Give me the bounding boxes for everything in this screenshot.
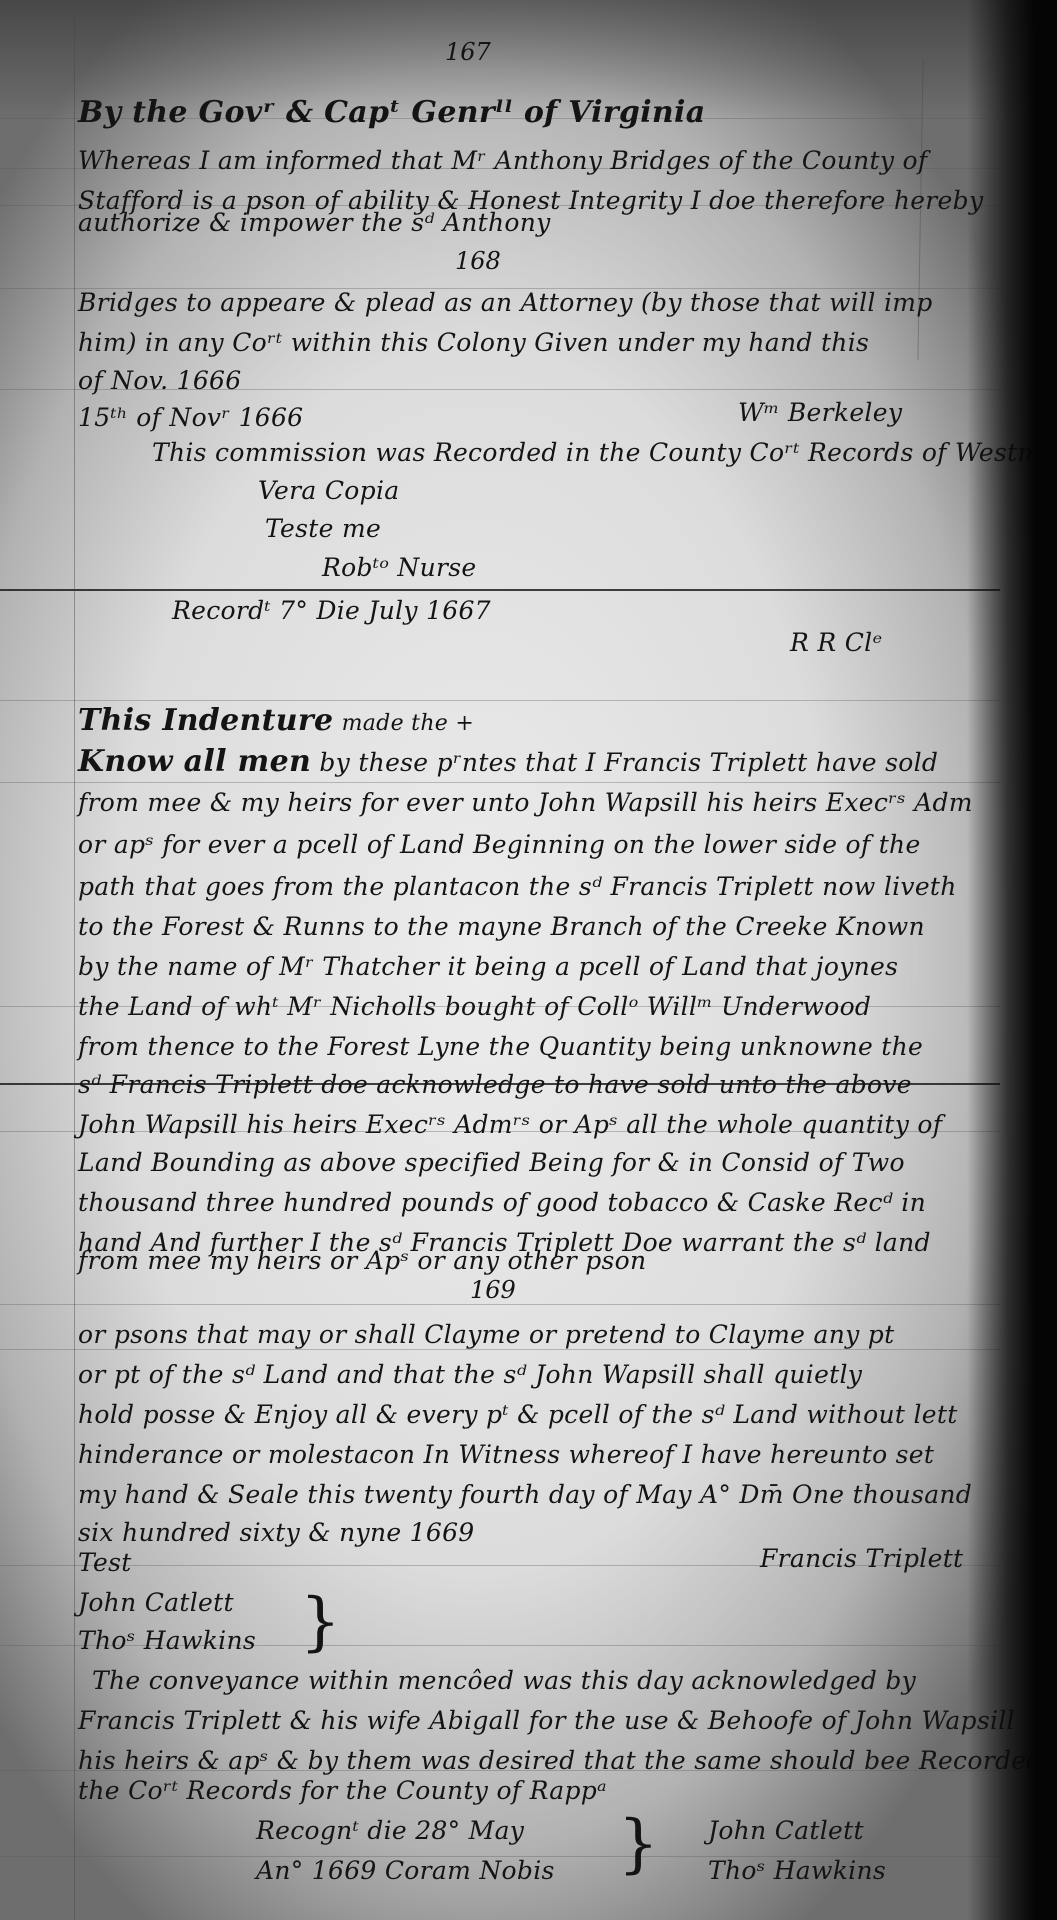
folio-number: 169 [470, 1276, 516, 1304]
indenture-text: by these pʳntes that I Francis Triplett … [319, 748, 938, 777]
commission-line: Bridges to appeare & plead as an Attorne… [78, 290, 933, 315]
manuscript-page: 167 By the Govʳ & Capᵗ Genrˡˡ of Virgini… [0, 0, 1057, 1920]
acknowledgment-line: The conveyance within mencôed was this d… [92, 1668, 916, 1693]
margin-line [74, 0, 75, 1920]
folio-number: 167 [445, 38, 491, 66]
indenture-line: from mee my heirs or Apˢ or any other ps… [78, 1248, 646, 1273]
indenture-heading-tail: made the + [342, 711, 475, 736]
governor-signature: Wᵐ Berkeley [738, 400, 902, 425]
indenture-line: hold posse & Enjoy all & every pᵗ & pcel… [78, 1402, 958, 1427]
commission-heading: By the Govʳ & Capᵗ Genrˡˡ of Virginia [78, 98, 705, 128]
acknowledgment-line: Francis Triplett & his wife Abigall for … [78, 1708, 1015, 1733]
brace-icon: } [300, 1590, 341, 1654]
clerk-initials: R R Clᵉ [790, 630, 882, 655]
grantor-signature: Francis Triplett [760, 1546, 963, 1571]
indenture-line: path that goes from the plantacon the sᵈ… [78, 874, 957, 899]
indenture-heading-row: This Indenture made the + [78, 706, 474, 736]
indenture-lead: Know all men [78, 744, 311, 779]
commission-date: of Nov. 1666 [78, 368, 241, 393]
witness-name: Thoˢ Hawkins [78, 1628, 256, 1653]
recognition-line: Recognᵗ die 28° May [256, 1818, 524, 1843]
indenture-line: sᵈ Francis Triplett doe acknowledge to h… [78, 1072, 912, 1097]
indenture-line: my hand & Seale this twenty fourth day o… [78, 1482, 972, 1507]
indenture-heading: This Indenture [78, 703, 333, 738]
commission-date: 15ᵗʰ of Novʳ 1666 [78, 405, 303, 430]
indenture-line: or pt of the sᵈ Land and that the sᵈ Joh… [78, 1362, 862, 1387]
ruled-line [0, 1304, 1000, 1305]
folio-number: 168 [455, 247, 501, 275]
ruled-line [0, 1349, 1000, 1350]
indenture-line: or psons that may or shall Clayme or pre… [78, 1322, 894, 1347]
recognition-line: An° 1669 Coram Nobis [256, 1858, 555, 1883]
acknowledgment-line: his heirs & apˢ & by them was desired th… [78, 1748, 1057, 1773]
indenture-line: six hundred sixty & nyne 1669 [78, 1520, 475, 1545]
ruled-line [0, 782, 1000, 783]
witness-name: John Catlett [78, 1590, 234, 1615]
indenture-line: hinderance or molestacon In Witness wher… [78, 1442, 934, 1467]
teste-me: Teste me [265, 516, 381, 541]
acknowledgment-line: the Coʳᵗ Records for the County of Rappᵃ [78, 1778, 607, 1803]
indenture-line: by the name of Mʳ Thatcher it being a pc… [78, 954, 898, 979]
indenture-line: from mee & my heirs for ever unto John W… [78, 790, 973, 815]
indenture-line: Land Bounding as above specified Being f… [78, 1150, 905, 1175]
indenture-line: from thence to the Forest Lyne the Quant… [78, 1034, 923, 1059]
ruled-line [0, 700, 1000, 701]
commission-line: Whereas I am informed that Mʳ Anthony Br… [78, 148, 927, 173]
signer-name: Thoˢ Hawkins [708, 1858, 886, 1883]
record-date: Recordᵗ 7° Die July 1667 [172, 598, 491, 623]
indenture-line: or apˢ for ever a pcell of Land Beginnin… [78, 832, 921, 857]
indenture-line: thousand three hundred pounds of good to… [78, 1190, 926, 1215]
brace-icon: } [618, 1812, 659, 1876]
indenture-line: to the Forest & Runns to the mayne Branc… [78, 914, 925, 939]
test-label: Test [78, 1550, 132, 1575]
seal-icon [1040, 1542, 1057, 1580]
recorded-note: This commission was Recorded in the Coun… [152, 440, 1042, 465]
indenture-line: John Wapsill his heirs Execʳˢ Admʳˢ or A… [78, 1112, 942, 1137]
ruled-line [0, 589, 1000, 591]
commission-line: authorize & impower the sᵈ Anthony [78, 210, 551, 235]
signer-name: John Catlett [708, 1818, 864, 1843]
indenture-line: Know all men by these pʳntes that I Fran… [78, 747, 938, 777]
vera-copia: Vera Copia [258, 478, 399, 503]
clerk-signature: Robᵗᵒ Nurse [322, 555, 476, 580]
indenture-line: the Land of whᵗ Mʳ Nicholls bought of Co… [78, 994, 871, 1019]
commission-line: him) in any Coʳᵗ within this Colony Give… [78, 330, 869, 355]
